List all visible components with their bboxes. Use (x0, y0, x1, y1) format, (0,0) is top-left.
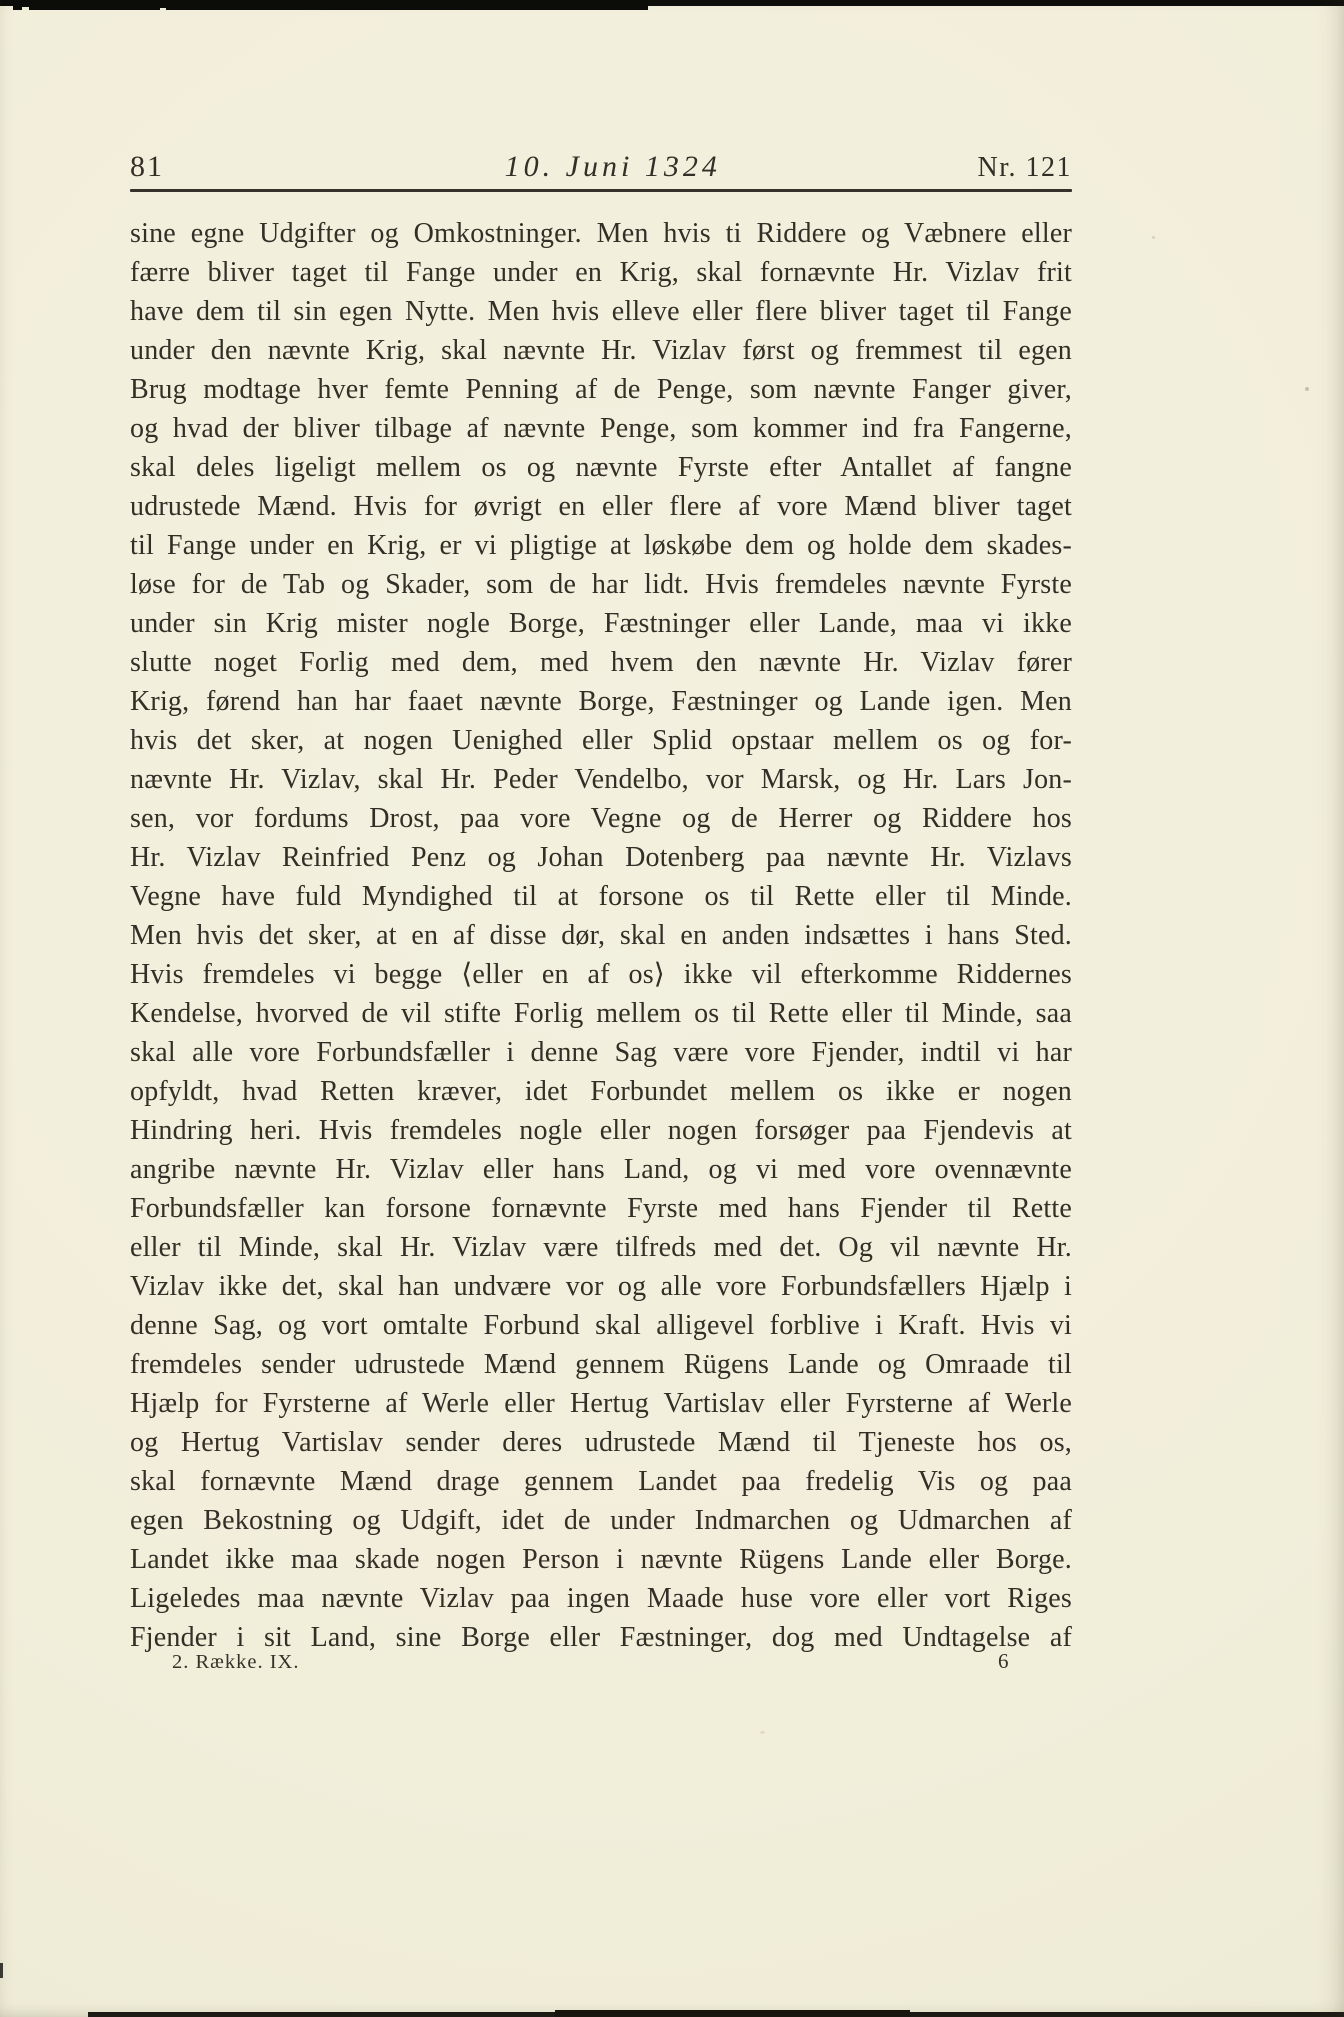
body-text-line: angribe nævnte Hr. Vizlav eller hans Lan… (130, 1150, 1072, 1189)
document-body: sine egne Udgifter og Omkostninger. Men … (130, 214, 1072, 1657)
document-number: Nr. 121 (978, 152, 1073, 184)
body-text-line: slutte noget Forlig med dem, med hvem de… (130, 643, 1072, 682)
body-text-line: Forbundsfæller kan forsone fornævnte Fyr… (130, 1189, 1072, 1228)
page-header: 81 10. Juni 1324 Nr. 121 (130, 150, 1072, 188)
scan-edge-bottom-bump (555, 2010, 910, 2017)
body-text-line: Vegne have fuld Myndighed til at forsone… (130, 877, 1072, 916)
body-text-line: Men hvis det sker, at en af disse dør, s… (130, 916, 1072, 955)
scan-speck (1152, 236, 1155, 239)
body-text-line: til Fange under en Krig, er vi pligtige … (130, 526, 1072, 565)
body-text-line: fremdeles sender udrustede Mænd gennem R… (130, 1345, 1072, 1384)
body-text-line: Hjælp for Fyrsterne af Werle eller Hertu… (130, 1384, 1072, 1423)
body-text-line: Ligeledes maa nævnte Vizlav paa ingen Ma… (130, 1579, 1072, 1618)
body-text-line: skal fornævnte Mænd drage gennem Landet … (130, 1462, 1072, 1501)
body-text-line: løse for de Tab og Skader, som de har li… (130, 565, 1072, 604)
body-text-line: Hindring heri. Hvis fremdeles nogle elle… (130, 1111, 1072, 1150)
body-text-line: og Hertug Vartislav sender deres udruste… (130, 1423, 1072, 1462)
body-text-line: skal alle vore Forbundsfæller i denne Sa… (130, 1033, 1072, 1072)
footer-series-label: 2. Række. IX. (172, 1651, 299, 1674)
body-text-line: Hvis fremdeles vi begge ⟨eller en af os⟩… (130, 955, 1072, 994)
scan-edge-notch (22, 7, 29, 10)
body-text-line: opfyldt, hvad Retten kræver, idet Forbun… (130, 1072, 1072, 1111)
page-footer: 2. Række. IX. 6 (130, 1649, 1072, 1679)
body-text-line: sine egne Udgifter og Omkostninger. Men … (130, 214, 1072, 253)
body-text-line: have dem til sin egen Nytte. Men hvis el… (130, 292, 1072, 331)
body-text-line: egen Bekostning og Udgift, idet de under… (130, 1501, 1072, 1540)
body-text-line: Brug modtage hver femte Penning af de Pe… (130, 370, 1072, 409)
body-text-line: hvis det sker, at nogen Uenighed eller S… (130, 721, 1072, 760)
body-text-line: Vizlav ikke det, skal han undvære vor og… (130, 1267, 1072, 1306)
body-text-line: eller til Minde, skal Hr. Vizlav være ti… (130, 1228, 1072, 1267)
body-text-line: sen, vor fordums Drost, paa vore Vegne o… (130, 799, 1072, 838)
body-text-line: nævnte Hr. Vizlav, skal Hr. Peder Vendel… (130, 760, 1072, 799)
body-text-line: færre bliver taget til Fange under en Kr… (130, 253, 1072, 292)
scan-edge-top-left (0, 0, 648, 10)
scan-edge-notch (160, 8, 166, 10)
body-text-line: Landet ikke maa skade nogen Person i næv… (130, 1540, 1072, 1579)
scan-speck (760, 1731, 765, 1734)
body-text-line: skal deles ligeligt mellem os og nævnte … (130, 448, 1072, 487)
body-text-line: Hr. Vizlav Reinfried Penz og Johan Doten… (130, 838, 1072, 877)
scan-edge-top-right (648, 0, 1344, 6)
scan-speck (1305, 387, 1309, 391)
header-rule (130, 189, 1072, 192)
body-text-line: udrustede Mænd. Hvis for øvrigt en eller… (130, 487, 1072, 526)
body-text-line: og hvad der bliver tilbage af nævnte Pen… (130, 409, 1072, 448)
body-text-line: under den nævnte Krig, skal nævnte Hr. V… (130, 331, 1072, 370)
header-date: 10. Juni 1324 (505, 150, 721, 184)
page-number: 81 (130, 150, 164, 184)
footer-signature-number: 6 (998, 1649, 1009, 1674)
scan-edge-left-sliver (0, 1963, 3, 1978)
scan-edge-notch (0, 6, 13, 10)
body-text-line: under sin Krig mister nogle Borge, Fæstn… (130, 604, 1072, 643)
body-text-line: denne Sag, og vort omtalte Forbund skal … (130, 1306, 1072, 1345)
scanned-book-page: 81 10. Juni 1324 Nr. 121 sine egne Udgif… (0, 0, 1344, 2017)
body-text-line: Kendelse, hvorved de vil stifte Forlig m… (130, 994, 1072, 1033)
body-text-line: Krig, førend han har faaet nævnte Borge,… (130, 682, 1072, 721)
